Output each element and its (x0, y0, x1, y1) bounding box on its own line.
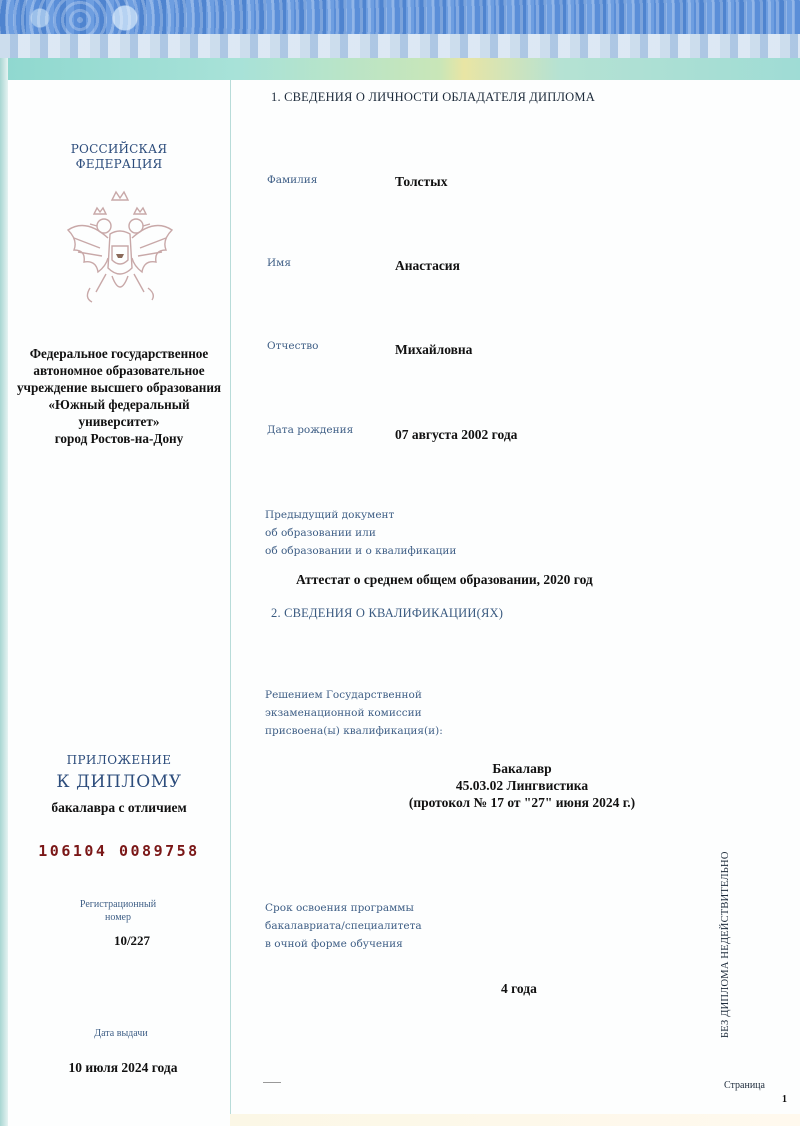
first-name-value: Анастасия (395, 258, 460, 274)
decorative-security-band (0, 0, 800, 34)
registration-number-label: Регистрационный номер (58, 898, 178, 924)
previous-document-value: Аттестат о среднем общем образовании, 20… (296, 572, 593, 588)
decorative-bottom-band (230, 1114, 800, 1126)
double-headed-eagle-emblem-icon (60, 188, 180, 313)
institution-name: Федеральное государственное автономное о… (8, 345, 230, 447)
patronymic-label: Отчество (267, 340, 319, 352)
program-duration-label: Срок освоения программы бакалавриата/спе… (265, 899, 422, 953)
section-1-heading: 1. СВЕДЕНИЯ О ЛИЧНОСТИ ОБЛАДАТЕЛЯ ДИПЛОМ… (271, 90, 595, 105)
last-name-label: Фамилия (267, 174, 317, 186)
page-edge (0, 58, 8, 1126)
page-number: 1 (782, 1094, 787, 1105)
left-panel: РОССИЙСКАЯ ФЕДЕРАЦИЯ Федеральн (8, 80, 230, 1126)
last-name-value: Толстых (395, 174, 447, 190)
patronymic-value: Михайловна (395, 342, 472, 358)
birth-date-value: 07 августа 2002 года (395, 427, 517, 443)
appendix-title: ПРИЛОЖЕНИЕ К ДИПЛОМУ (8, 753, 230, 794)
divider-mark (263, 1082, 281, 1083)
decorative-guilloche-band (0, 34, 800, 58)
previous-document-label: Предыдущий документ об образовании или о… (265, 506, 456, 560)
country-name: РОССИЙСКАЯ ФЕДЕРАЦИЯ (8, 142, 230, 172)
first-name-label: Имя (267, 257, 291, 269)
issue-date: 10 июля 2024 года (48, 1060, 198, 1076)
degree-type: бакалавра с отличием (8, 800, 230, 816)
validity-note: БЕЗ ДИПЛОМА НЕДЕЙСТВИТЕЛЬНО (720, 851, 731, 1038)
program-duration-value: 4 года (501, 981, 537, 997)
decorative-color-band (0, 58, 800, 80)
qualification-awarded: Бакалавр 45.03.02 Лингвистика (протокол … (390, 760, 654, 811)
registration-number: 10/227 (92, 933, 172, 949)
issue-date-label: Дата выдачи (66, 1028, 176, 1039)
commission-decision-label: Решением Государственной экзаменационной… (265, 686, 443, 740)
page-label: Страница (724, 1080, 765, 1091)
birth-date-label: Дата рождения (267, 424, 353, 436)
section-2-heading: 2. СВЕДЕНИЯ О КВАЛИФИКАЦИИ(ЯХ) (271, 606, 503, 621)
column-divider (230, 80, 231, 1126)
serial-number: 106104 0089758 (8, 842, 230, 860)
